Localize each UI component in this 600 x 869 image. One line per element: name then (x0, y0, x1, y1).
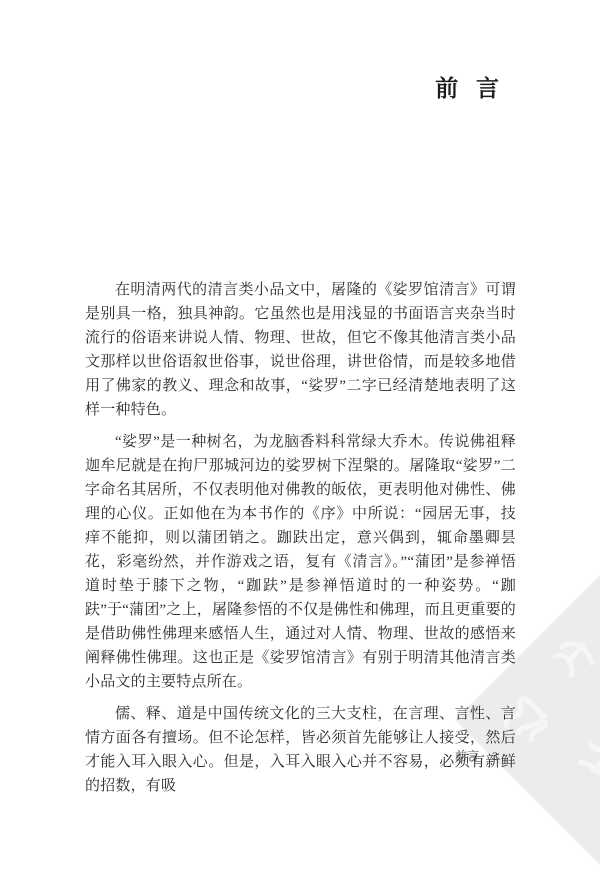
body-paragraph: 儒、释、道是中国传统文化的三大支柱，在言理、言性、言情方面各有擅场。但不论怎样，… (85, 702, 516, 798)
book-page: PDG 前 言 在明清两代的清言类小品文中，屠隆的《娑罗馆清言》可谓是别具一格，… (0, 0, 600, 869)
seal-script-glyph (544, 625, 600, 687)
footer-section-label: 前言 (455, 749, 479, 763)
footer-page-number: 3 (492, 749, 498, 763)
body-paragraph: “娑罗”是一种树名，为龙脑香料科常绿大乔木。传说佛祖释迦牟尼就是在拘尸那城河边的… (85, 430, 516, 694)
body-text-block: 在明清两代的清言类小品文中，屠隆的《娑罗馆清言》可谓是别具一格，独具神韵。它虽然… (85, 278, 516, 806)
page-footer: 前言3 (455, 747, 498, 764)
scan-artifact-dot (247, 759, 250, 762)
seal-script-glyph (568, 726, 600, 794)
body-paragraph: 在明清两代的清言类小品文中，屠隆的《娑罗馆清言》可谓是别具一格，独具神韵。它虽然… (85, 278, 516, 422)
page-title: 前 言 (435, 70, 500, 103)
